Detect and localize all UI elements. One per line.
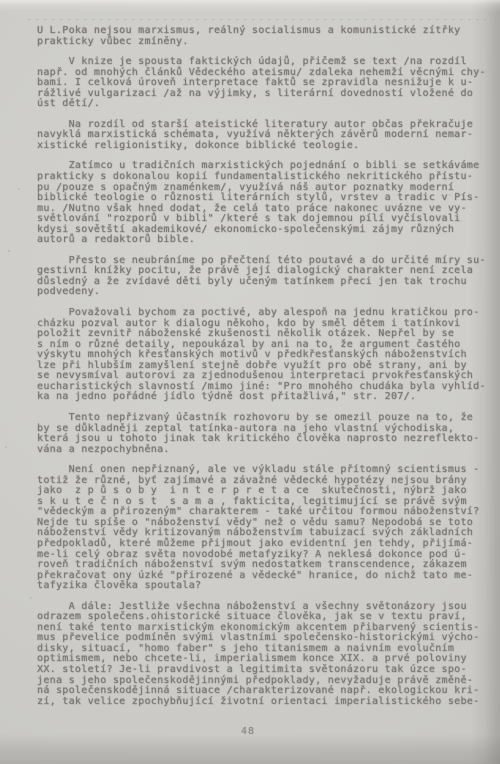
paragraph: V knize je spousta faktických údajů, při… bbox=[37, 57, 489, 110]
typewritten-text-block: U L.Poka nejsou marxismus, reálný social… bbox=[37, 26, 489, 717]
scan-artifacts bbox=[8, 250, 10, 252]
paragraph: Tento nepřizvaný účastník rozhovoru by s… bbox=[37, 413, 489, 455]
scan-texture-line bbox=[28, 19, 486, 20]
paragraph: Na rozdíl od starší ateistické literatur… bbox=[37, 120, 489, 152]
page-number: 48 bbox=[0, 726, 496, 737]
paragraph: Není onen nepřiznaný, ale ve výkladu stá… bbox=[37, 465, 489, 592]
scanned-document-page: U L.Poka nejsou marxismus, reálný social… bbox=[0, 0, 500, 764]
paragraph: Považovali bychom za poctivé, aby alespo… bbox=[37, 308, 489, 403]
paragraph: Přesto se neubráníme po přečtení této po… bbox=[37, 256, 489, 298]
paragraph: U L.Poka nejsou marxismus, reálný social… bbox=[37, 26, 489, 47]
paragraph: A dále: Jestliže všechna náboženství a v… bbox=[37, 602, 489, 707]
paragraph: Zatímco u tradičních marxistických pojed… bbox=[37, 161, 489, 245]
